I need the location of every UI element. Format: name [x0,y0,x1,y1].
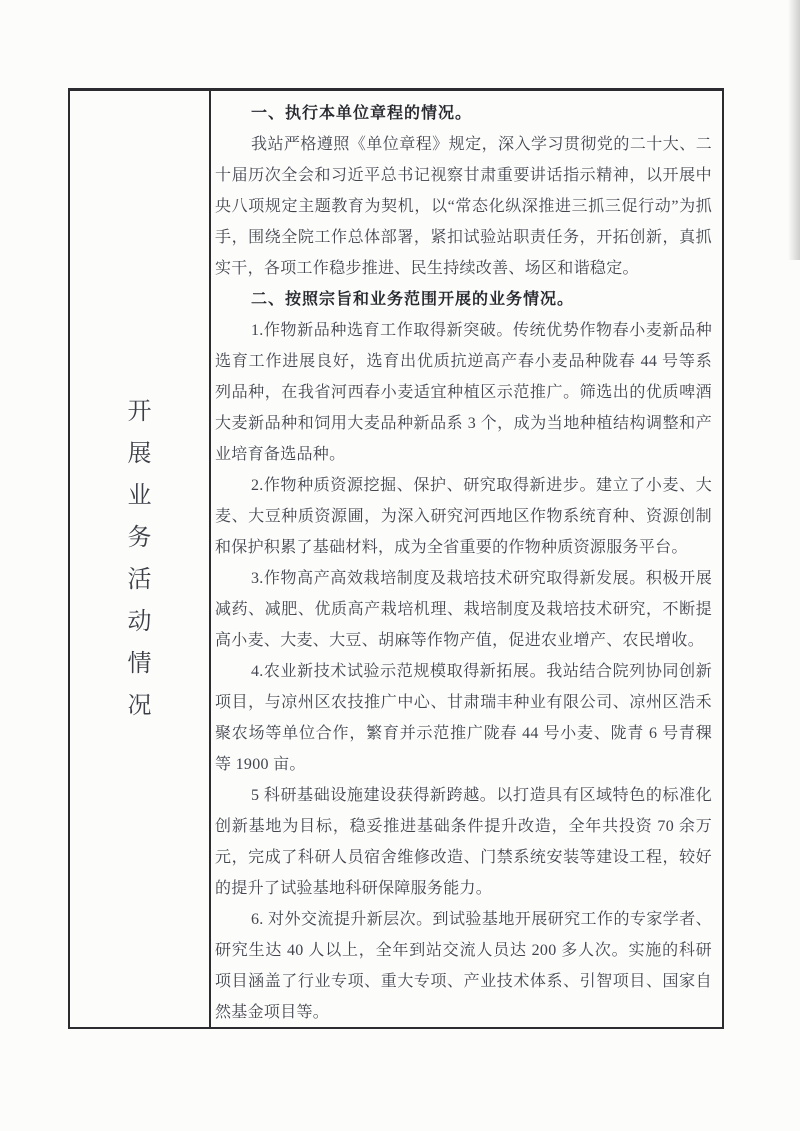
row-header-char: 务 [128,526,152,550]
row-header-char: 活 [128,568,152,592]
item-3-cultivation-research: 3.作物高产高效栽培制度及栽培技术研究取得新发展。积极开展减药、减肥、优质高产栽… [215,563,712,656]
registration-form-table: 开 展 业 务 活 动 情 况 一、执行本单位章程的情况。 我站严格遵照《单位章… [68,88,724,1029]
item-4-technology-demonstration: 4.农业新技术试验示范规模取得新拓展。我站结合院列协同创新项目，与凉州区农技推广… [215,656,712,780]
row-header-cell: 开 展 业 务 活 动 情 况 [70,91,211,1027]
section-2-heading: 二、按照宗旨和业务范围开展的业务情况。 [215,284,712,315]
scan-edge-shadow [788,0,800,260]
item-1-crop-breeding: 1.作物新品种选育工作取得新突破。传统优势作物春小麦新品种选育工作进展良好，选育… [215,315,712,470]
row-header-char: 动 [128,610,152,634]
section-1-body: 我站严格遵照《单位章程》规定，深入学习贯彻党的二十大、二十届历次全会和习近平总书… [215,129,712,284]
item-5-infrastructure: 5 科研基础设施建设获得新跨越。以打造具有区域特色的标准化创新基地为目标，稳妥推… [215,780,712,904]
row-header-char: 展 [128,442,152,466]
row-header-char: 开 [128,400,152,424]
business-activities-cell: 一、执行本单位章程的情况。 我站严格遵照《单位章程》规定，深入学习贯彻党的二十大… [211,91,722,1027]
row-header-char: 情 [128,652,152,676]
item-2-germplasm-resources: 2.作物种质资源挖掘、保护、研究取得新进步。建立了小麦、大麦、大豆种质资源圃，为… [215,470,712,563]
section-1-heading: 一、执行本单位章程的情况。 [215,98,712,129]
row-header-char: 业 [128,484,152,508]
item-6-external-exchange: 6. 对外交流提升新层次。到试验基地开展研究工作的专家学者、研究生达 40 人以… [215,904,712,1027]
row-header-char: 况 [128,694,152,718]
document-page: 开 展 业 务 活 动 情 况 一、执行本单位章程的情况。 我站严格遵照《单位章… [0,0,800,1131]
